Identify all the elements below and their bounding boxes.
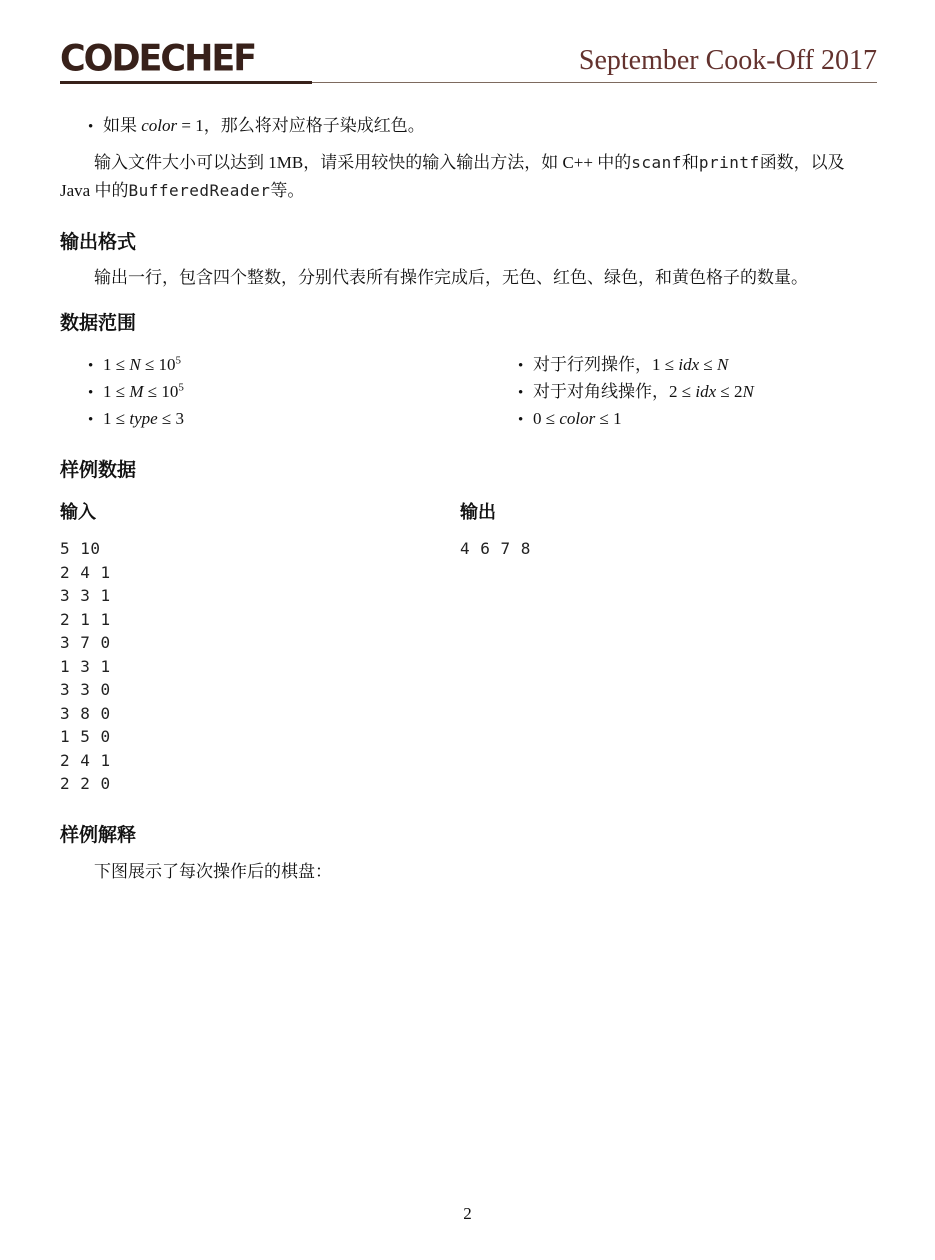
color-rule-text: 如果 color = 1，那么将对应格子染成红色。	[103, 116, 425, 135]
output-format-paragraph: 输出一行，包含四个整数，分别代表所有操作完成后，无色、红色、绿色，和黄色格子的数…	[60, 264, 877, 292]
constraints-left-column: •1 ≤ N ≤ 105 •1 ≤ M ≤ 105 •1 ≤ type ≤ 3	[60, 352, 877, 433]
sample-input-line: 2 4 1	[60, 749, 877, 773]
sample-input-line: 3 3 1	[60, 584, 877, 608]
problem-body: •如果 color = 1，那么将对应格子染成红色。 输入文件大小可以达到 1M…	[0, 112, 935, 886]
constraints-right-column: •对于行列操作，1 ≤ idx ≤ N •对于对角线操作，2 ≤ idx ≤ 2…	[490, 352, 754, 433]
bullet-marker: •	[518, 380, 533, 406]
code-printf: printf	[699, 153, 760, 172]
sample-input-text: 5 10 2 4 1 3 3 1 2 1 1 3 7 0 1 3 1 3 3 0…	[60, 537, 877, 796]
sample-input-line: 1 3 1	[60, 655, 877, 679]
bullet-marker: •	[518, 407, 533, 433]
bullet-marker: •	[88, 353, 103, 379]
bullet-marker: •	[88, 113, 103, 141]
sample-explanation-paragraph: 下图展示了每次操作后的棋盘：	[60, 858, 877, 886]
constraint-row-col-idx: •对于行列操作，1 ≤ idx ≤ N	[490, 352, 754, 379]
page-footer: 2	[0, 1204, 935, 1224]
header-rule-dark	[60, 81, 312, 84]
io-speed-note: 输入文件大小可以达到 1MB，请采用较快的输入输出方法，如 C++ 中的scan…	[60, 149, 877, 205]
bullet-marker: •	[88, 380, 103, 406]
sample-input-line: 3 8 0	[60, 702, 877, 726]
constraints-list: •1 ≤ N ≤ 105 •1 ≤ M ≤ 105 •1 ≤ type ≤ 3 …	[60, 352, 877, 433]
sample-input-line: 2 1 1	[60, 608, 877, 632]
bullet-marker: •	[518, 353, 533, 379]
sample-output-label: 输出	[460, 501, 531, 525]
color-rule-bullet: •如果 color = 1，那么将对应格子染成红色。	[60, 112, 877, 141]
contest-title: September Cook-Off 2017	[579, 44, 877, 78]
codechef-logo: CODECHEF	[60, 41, 255, 78]
sample-input-line: 3 3 0	[60, 678, 877, 702]
sample-input-line: 2 4 1	[60, 561, 877, 585]
sample-input-line: 2 2 0	[60, 772, 877, 796]
sample-output-column: 输出 4 6 7 8	[460, 501, 531, 561]
sample-input-line: 3 7 0	[60, 631, 877, 655]
bullet-marker: •	[88, 407, 103, 433]
header-rule	[60, 81, 877, 85]
sample-data-block: 输入 5 10 2 4 1 3 3 1 2 1 1 3 7 0 1 3 1 3 …	[60, 501, 877, 796]
code-scanf: scanf	[631, 153, 682, 172]
section-heading-sample-explanation: 样例解释	[60, 822, 877, 848]
section-heading-sample-data: 样例数据	[60, 457, 877, 483]
constraint-m: •1 ≤ M ≤ 105	[60, 379, 877, 406]
section-heading-data-range: 数据范围	[60, 310, 877, 336]
document-page: CODECHEF September Cook-Off 2017 •如果 col…	[0, 0, 935, 1260]
constraint-type: •1 ≤ type ≤ 3	[60, 406, 877, 433]
page-header: CODECHEF September Cook-Off 2017	[0, 0, 935, 85]
constraint-n: •1 ≤ N ≤ 105	[60, 352, 877, 379]
sample-input-line: 1 5 0	[60, 725, 877, 749]
sample-output-line: 4 6 7 8	[460, 537, 531, 561]
page-number: 2	[463, 1204, 472, 1223]
code-bufferedreader: BufferedReader	[128, 181, 270, 200]
section-heading-output-format: 输出格式	[60, 229, 877, 255]
constraint-diagonal-idx: •对于对角线操作，2 ≤ idx ≤ 2N	[490, 379, 754, 406]
constraint-color: •0 ≤ color ≤ 1	[490, 406, 754, 433]
